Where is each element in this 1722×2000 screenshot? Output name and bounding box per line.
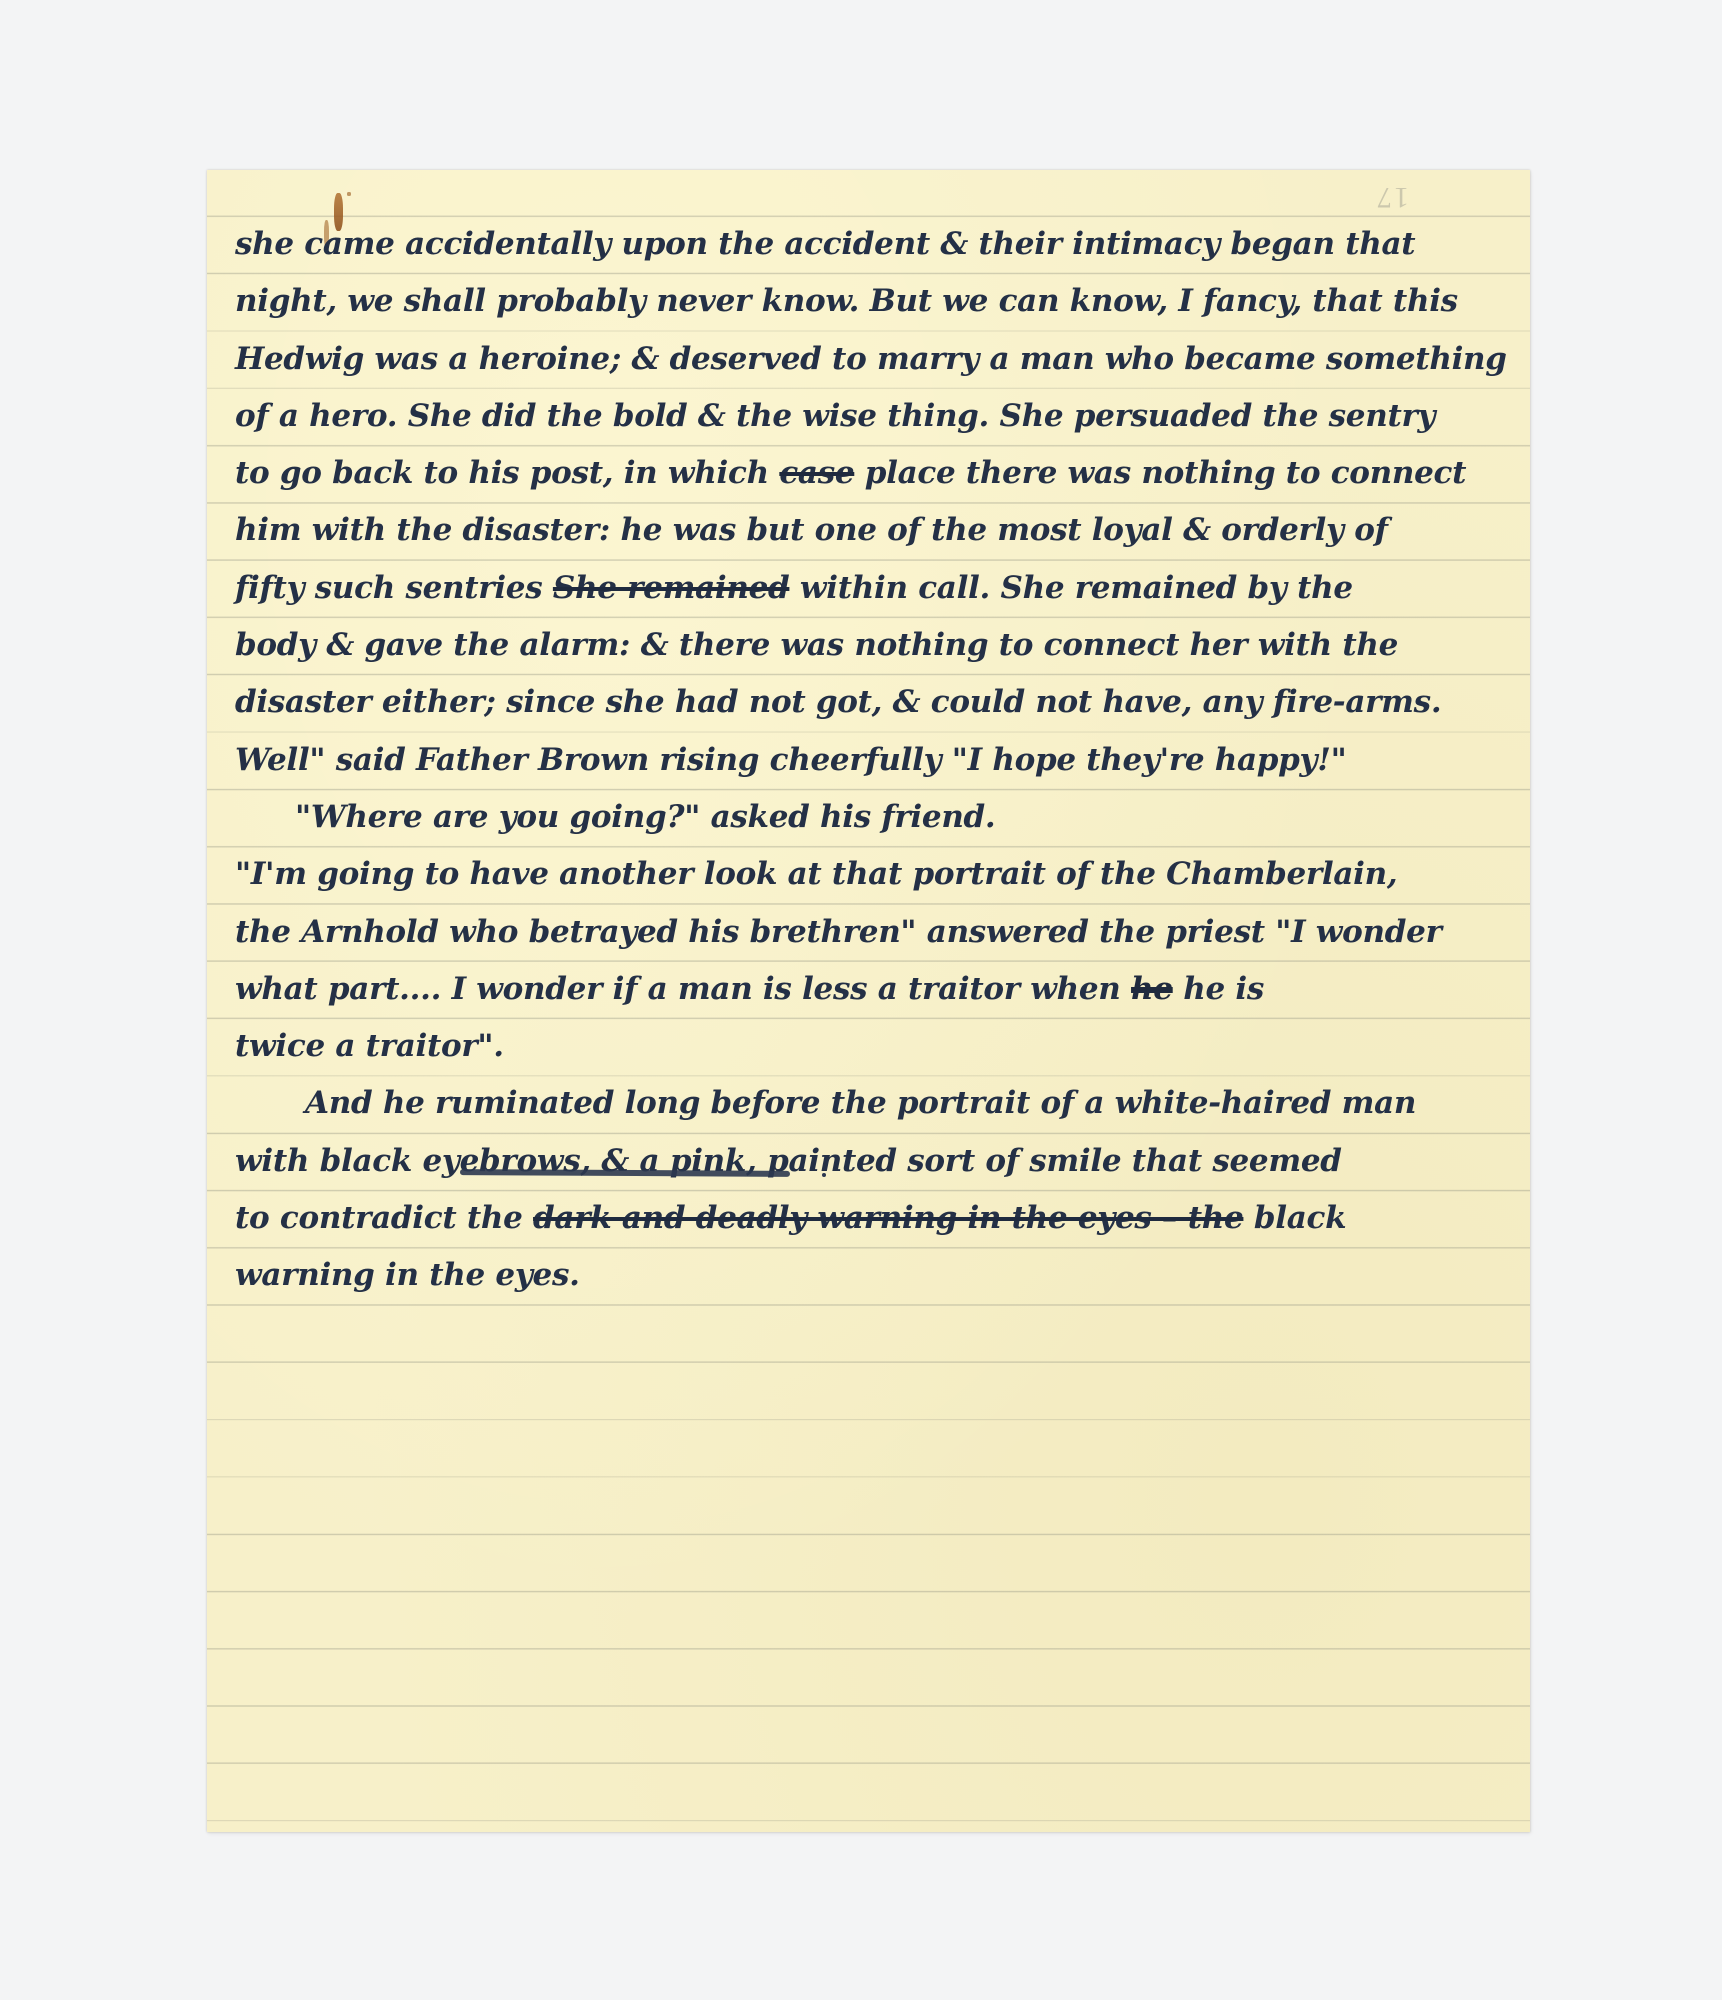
text-line: to contradict the dark and deadly warnin…: [235, 1190, 1510, 1247]
struck-out-word: case: [779, 455, 854, 491]
text-line: And he ruminated long before the portrai…: [235, 1075, 1510, 1132]
line-segment: what part.... I wonder if a man is less …: [235, 971, 1131, 1007]
rust-stain: [347, 192, 351, 196]
manuscript-page: 17 she came accidentally upon the accide…: [207, 170, 1530, 1832]
text-line: night, we shall probably never know. But…: [235, 273, 1510, 330]
line-segment: to contradict the: [235, 1200, 533, 1236]
line-segment: black: [1243, 1200, 1346, 1236]
line-segment: within call. She remained by the: [789, 570, 1352, 606]
text-line: body & gave the alarm: & there was nothi…: [235, 617, 1510, 674]
text-line: Hedwig was a heroine; & deserved to marr…: [235, 331, 1510, 388]
text-line: to go back to his post, in which case pl…: [235, 445, 1510, 502]
pencil-page-number: 17: [1375, 180, 1409, 214]
text-line: with black eyebrows, & a pink, painted s…: [235, 1133, 1510, 1190]
ink-blot-struck-word: he: [1131, 961, 1173, 1018]
text-line: "I'm going to have another look at that …: [235, 846, 1510, 903]
end-flourish-dot: [822, 1173, 826, 1177]
text-line: what part.... I wonder if a man is less …: [235, 961, 1510, 1018]
text-line: Well" said Father Brown rising cheerfull…: [235, 732, 1510, 789]
struck-out-phrase: dark and deadly warning in the eyes – th…: [533, 1200, 1243, 1236]
text-line: warning in the eyes.: [235, 1247, 1510, 1304]
text-line: she came accidentally upon the accident …: [235, 216, 1510, 273]
text-line: disaster either; since she had not got, …: [235, 674, 1510, 731]
line-segment: to go back to his post, in which: [235, 455, 779, 491]
text-line: him with the disaster: he was but one of…: [235, 502, 1510, 559]
struck-out-phrase: She remained: [553, 570, 790, 606]
line-segment: fifty such sentries: [235, 570, 553, 606]
text-line: of a hero. She did the bold & the wise t…: [235, 388, 1510, 445]
handwritten-text: she came accidentally upon the accident …: [235, 216, 1510, 1305]
text-line: the Arnhold who betrayed his brethren" a…: [235, 904, 1510, 961]
line-segment: place there was nothing to connect: [854, 455, 1466, 491]
line-segment: he is: [1173, 971, 1264, 1007]
text-line: twice a traitor".: [235, 1018, 1510, 1075]
text-line: fifty such sentries She remained within …: [235, 560, 1510, 617]
text-line: "Where are you going?" asked his friend.: [235, 789, 1510, 846]
